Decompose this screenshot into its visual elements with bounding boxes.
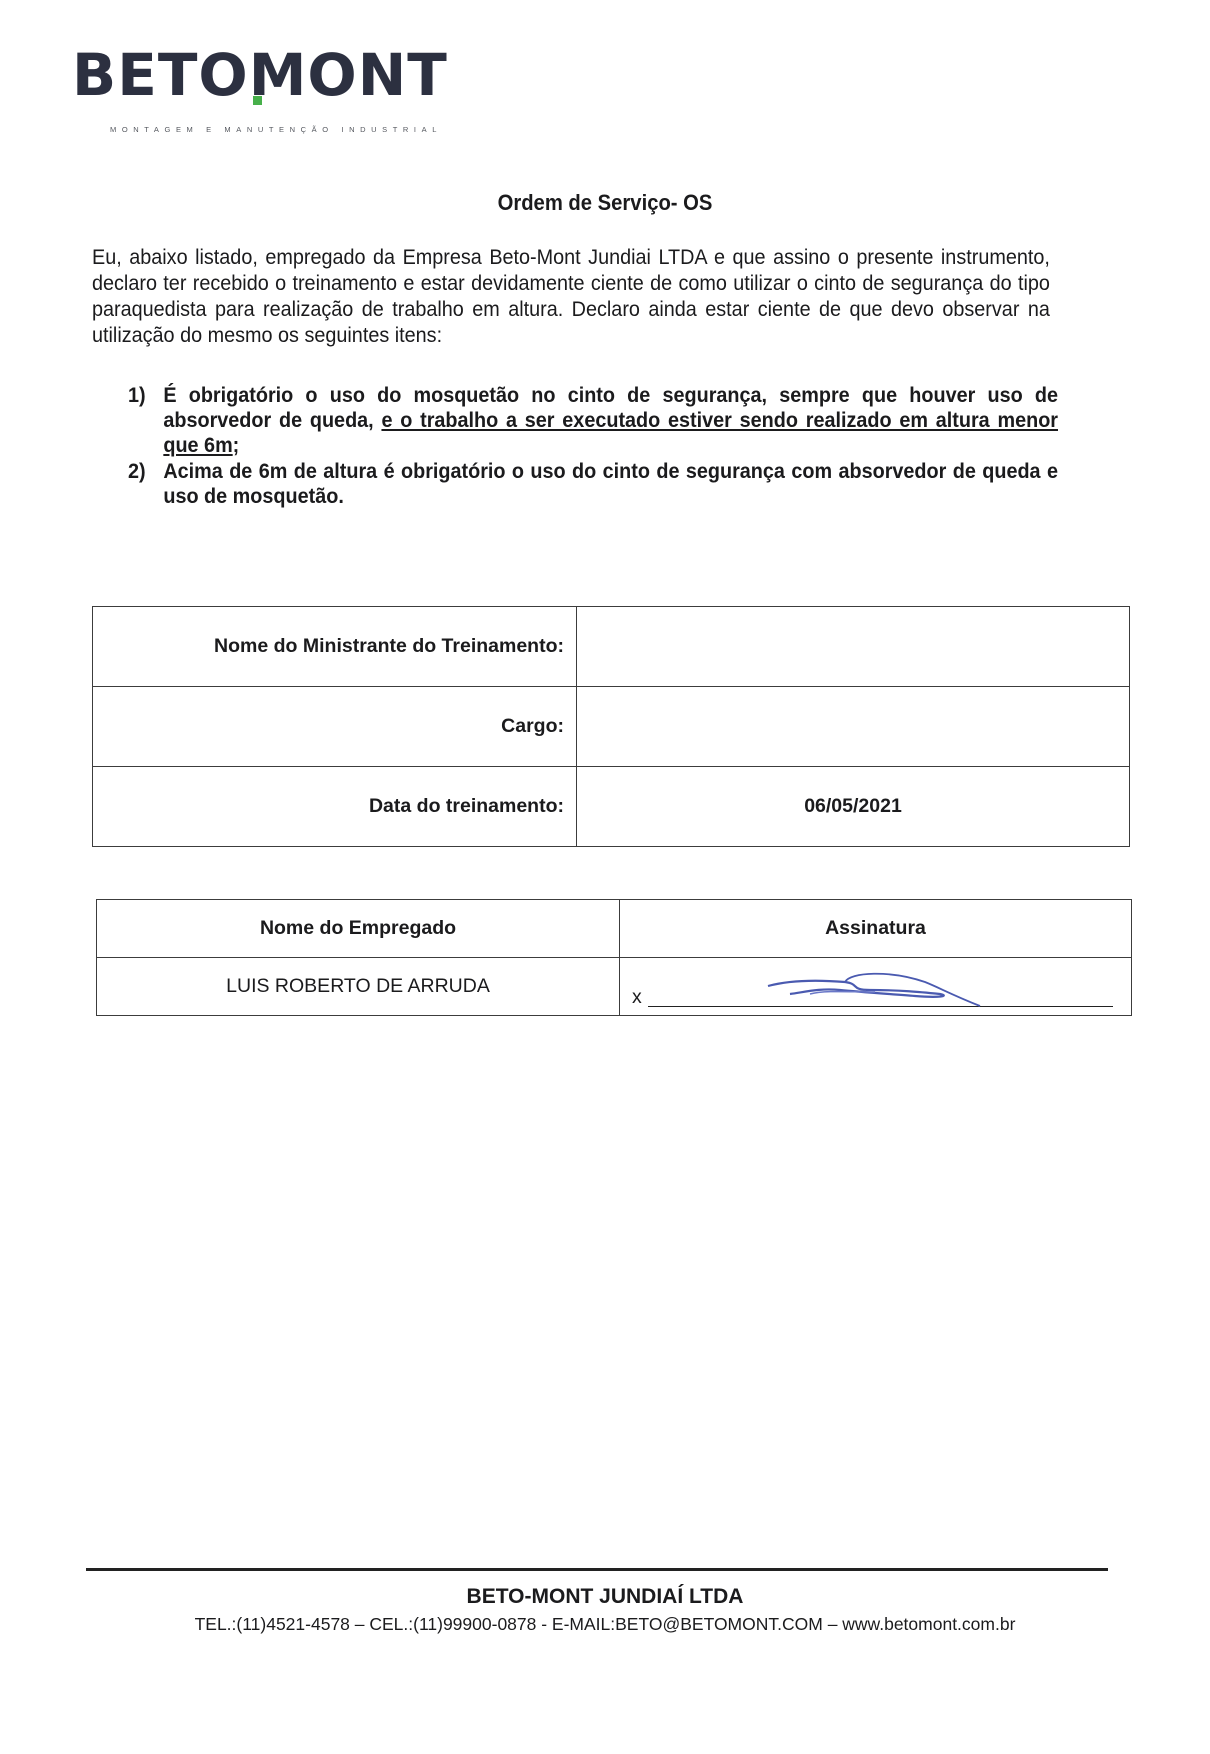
footer-divider <box>86 1568 1108 1571</box>
table-row: Cargo: <box>93 687 1130 767</box>
signature-x-mark: x <box>632 986 642 1009</box>
employee-name-header: Nome do Empregado <box>97 900 620 958</box>
trainer-name-field[interactable] <box>577 607 1130 687</box>
handwritten-signature-icon <box>750 960 1010 1010</box>
signature-field[interactable]: x <box>620 958 1132 1016</box>
rule-number: 1) <box>128 383 163 458</box>
employee-signature-table: Nome do Empregado Assinatura LUIS ROBERT… <box>96 899 1132 1016</box>
table-header-row: Nome do Empregado Assinatura <box>97 900 1132 958</box>
training-date-label: Data do treinamento: <box>93 767 577 847</box>
footer-contact-info: TEL.:(11)4521-4578 – CEL.:(11)99900-0878… <box>0 1614 1210 1635</box>
logo-green-square-icon <box>253 96 262 105</box>
table-row: Nome do Ministrante do Treinamento: <box>93 607 1130 687</box>
training-info-table: Nome do Ministrante do Treinamento: Carg… <box>92 606 1130 847</box>
company-logo: BETOMONT MONTAGEM E MANUTENÇÃO INDUSTRIA… <box>72 46 448 134</box>
cargo-label: Cargo: <box>93 687 577 767</box>
rule-text: É obrigatório o uso do mosquetão no cint… <box>163 383 1058 458</box>
trainer-name-label: Nome do Ministrante do Treinamento: <box>93 607 577 687</box>
rules-list: 1) É obrigatório o uso do mosquetão no c… <box>128 383 1058 510</box>
rule-item: 2) Acima de 6m de altura é obrigatório o… <box>128 459 1058 509</box>
rule-text-end: ; <box>233 433 240 457</box>
logo-tagline: MONTAGEM E MANUTENÇÃO INDUSTRIAL <box>110 125 448 134</box>
cargo-field[interactable] <box>577 687 1130 767</box>
rule-item: 1) É obrigatório o uso do mosquetão no c… <box>128 383 1058 458</box>
document-title: Ordem de Serviço- OS <box>48 190 1161 216</box>
table-row: LUIS ROBERTO DE ARRUDA x <box>97 958 1132 1016</box>
table-row: Data do treinamento: 06/05/2021 <box>93 767 1130 847</box>
signature-header: Assinatura <box>620 900 1132 958</box>
footer-company-name: BETO-MONT JUNDIAÍ LTDA <box>0 1585 1210 1609</box>
rule-number: 2) <box>128 459 163 509</box>
training-date-field[interactable]: 06/05/2021 <box>577 767 1130 847</box>
rule-text: Acima de 6m de altura é obrigatório o us… <box>163 459 1058 509</box>
employee-name: LUIS ROBERTO DE ARRUDA <box>97 958 620 1016</box>
intro-paragraph: Eu, abaixo listado, empregado da Empresa… <box>92 244 1050 348</box>
